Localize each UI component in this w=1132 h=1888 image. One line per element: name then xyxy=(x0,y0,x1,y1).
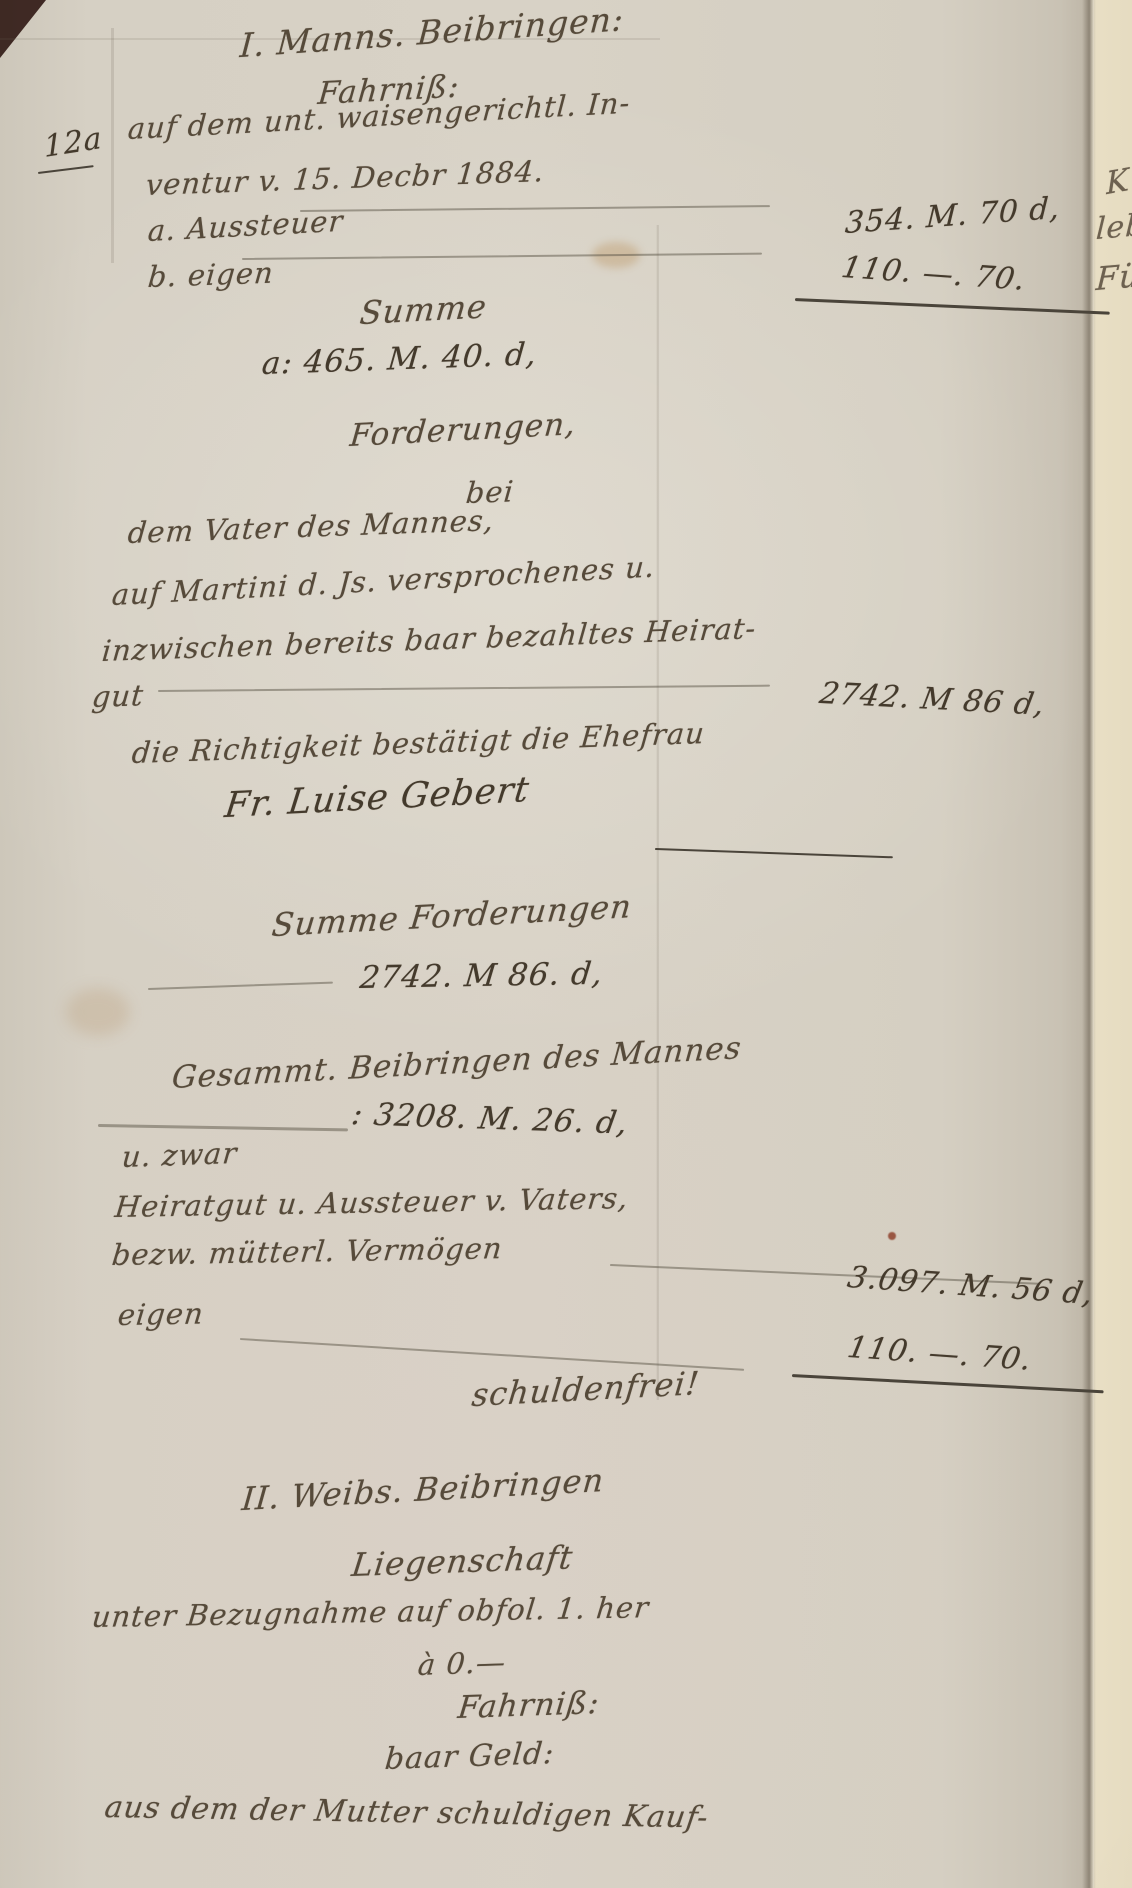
line-inventur-2: ventur v. 15. Decbr 1884. xyxy=(145,154,546,202)
paper-stain-left xyxy=(66,988,130,1036)
line-bezugnahme: unter Bezugnahme auf obfol. 1. her xyxy=(90,1590,651,1634)
line-und-zwar: u. zwar xyxy=(121,1136,239,1174)
manuscript-page: 12a I. Manns. Beibringen: Fahrniß: auf d… xyxy=(0,0,1132,1888)
line-gut: gut xyxy=(91,678,146,714)
heading-forderungen: Forderungen, xyxy=(348,406,577,454)
sum-rule-bottom xyxy=(792,1374,1104,1393)
amount-summe-forderungen: 2742. M 86. d, xyxy=(358,956,605,996)
sum-rule-top xyxy=(795,298,1110,315)
heading-summe: Summe xyxy=(358,287,489,332)
margin-number-underline xyxy=(38,165,94,174)
amount-aussteuer: 354. M. 70 d, xyxy=(844,191,1061,241)
amount-gesammt: : 3208. M. 26. d, xyxy=(349,1096,631,1141)
vertical-fold-crease xyxy=(656,225,660,1400)
amount-summe: a: 465. M. 40. d, xyxy=(260,336,538,382)
amount-vermoegen: 3.097. M. 56 d, xyxy=(845,1260,1097,1312)
heading-manns-beibringen: I. Manns. Beibringen: xyxy=(239,0,626,65)
line-eigen-bottom: eigen xyxy=(116,1296,205,1332)
line-a-null: à 0.— xyxy=(417,1645,508,1682)
red-speck xyxy=(888,1232,896,1240)
heading-gesammt-beibringen: Gesammt. Beibringen des Mannes xyxy=(170,1030,743,1096)
line-muetterl-vermoegen: bezw. mütterl. Vermögen xyxy=(110,1231,504,1272)
page-edge-fold xyxy=(1082,0,1094,1888)
fill-line-gesammt xyxy=(98,1124,348,1131)
item-b-eigen: b. eigen xyxy=(147,256,276,295)
fill-line-summe-forderungen xyxy=(148,982,333,990)
line-richtigkeit: die Richtigkeit bestätigt die Ehefrau xyxy=(131,716,707,770)
signature-ehefrau: Fr. Luise Gebert xyxy=(223,770,532,826)
amount-heiratgut: 2742. M 86 d, xyxy=(817,676,1048,723)
heading-fahrniss-2: Fahrniß: xyxy=(456,1685,601,1726)
column-rule-middle xyxy=(655,848,893,858)
margin-folio-number: 12a xyxy=(43,121,103,165)
adjacent-page-fragment-3: Fü xyxy=(1095,256,1132,298)
fill-line-gut xyxy=(158,685,770,692)
left-edge-crease xyxy=(111,28,114,263)
adjacent-page-fragment-2: lebe xyxy=(1095,206,1132,247)
heading-summe-forderungen: Summe Forderungen xyxy=(270,887,634,944)
line-heiratgut: inzwischen bereits baar bezahltes Heirat… xyxy=(101,611,758,668)
line-heiratgut-aussteuer: Heiratgut u. Aussteuer v. Vaters, xyxy=(113,1181,630,1224)
line-martini: auf Martini d. Js. versprochenes u. xyxy=(111,549,657,612)
fill-line-eigen xyxy=(242,253,762,260)
photo-corner-background xyxy=(0,0,46,58)
heading-liegenschaft: Liegenschaft xyxy=(350,1538,576,1584)
adjacent-page-fragment-1: K xyxy=(1105,162,1130,203)
amount-eigen: 110. —. 70. xyxy=(839,250,1029,297)
fill-line-aussteuer xyxy=(300,205,770,212)
line-mutter-kauf: aus dem der Mutter schuldigen Kauf- xyxy=(103,1790,711,1835)
amount-eigen-bottom: 110. —. 70. xyxy=(845,1330,1035,1377)
note-schuldenfrei: schuldenfrei! xyxy=(470,1364,702,1414)
heading-weibs-beibringen: II. Weibs. Beibringen xyxy=(240,1461,606,1518)
line-vater-des-mannes: dem Vater des Mannes, xyxy=(127,503,496,550)
line-baar-geld: baar Geld: xyxy=(383,1736,555,1777)
